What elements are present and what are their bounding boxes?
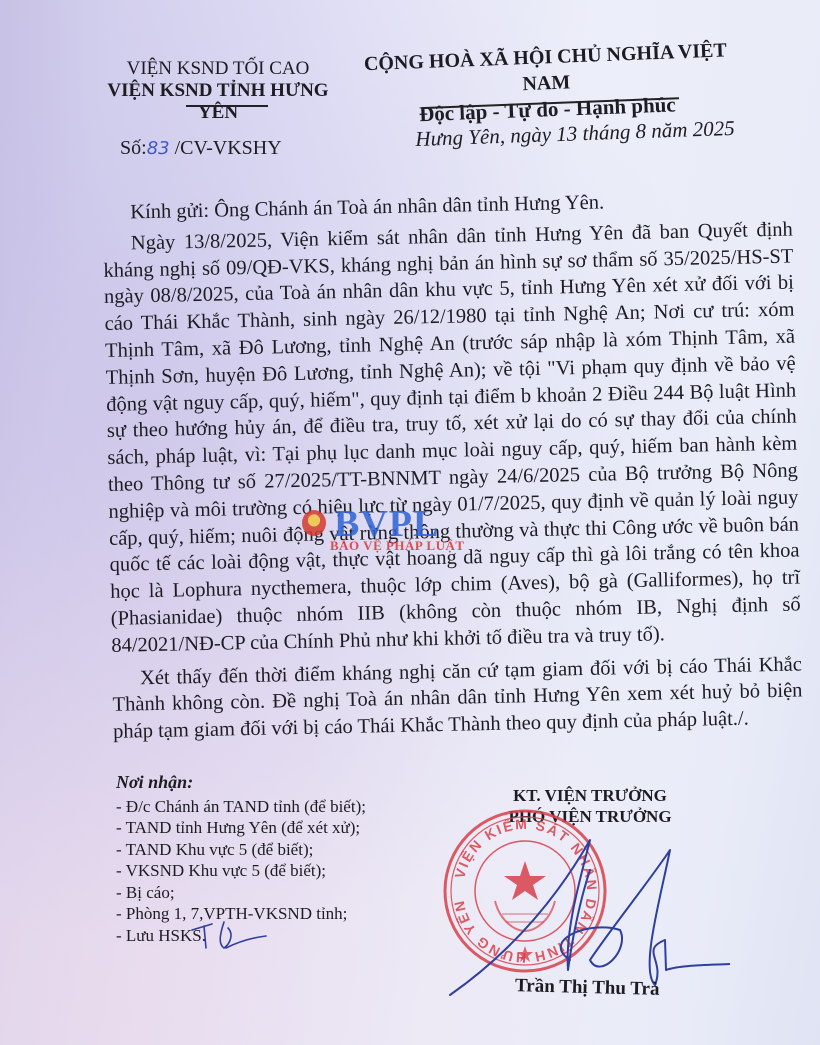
signer-name: Trần Thị Thu Trà <box>515 975 660 1001</box>
recipient-item: - TAND tỉnh Hưng Yên (để xét xử); <box>116 817 366 839</box>
recipient-item: - Đ/c Chánh án TAND tỉnh (để biết); <box>116 796 366 818</box>
on-behalf-title: KT. VIỆN TRƯỞNG <box>470 785 710 806</box>
doc-number-label: Số: <box>120 137 147 159</box>
letter-body: Kính gửi: Ông Chánh án Toà án nhân dân t… <box>102 186 803 746</box>
parent-agency: VIỆN KSND TỐI CAO <box>98 58 338 80</box>
recipient-item: - VKSND Khu vực 5 (để biết); <box>116 860 366 882</box>
doc-number-handwritten: 83 <box>147 138 170 159</box>
handwritten-signature <box>440 820 730 1000</box>
body-paragraph-2: Xét thấy đến thời điểm kháng nghị căn cứ… <box>112 651 804 746</box>
recipients-title: Nơi nhận: <box>116 772 366 794</box>
agency-underline <box>186 105 268 107</box>
doc-number-suffix: /CV-VKSHY <box>170 137 282 159</box>
initials-scribble <box>190 914 270 954</box>
recipient-item: - Bị cáo; <box>116 882 366 904</box>
issuing-agency-header: VIỆN KSND TỐI CAO VIỆN KSND TỈNH HƯNG YÊ… <box>98 58 338 124</box>
issuing-agency: VIỆN KSND TỈNH HƯNG YÊN <box>98 80 338 124</box>
document-number: Số:83 /CV-VKSHY <box>120 137 282 160</box>
body-paragraph-1: Ngày 13/8/2025, Viện kiểm sát nhân dân t… <box>103 216 802 659</box>
recipient-item: - TAND Khu vực 5 (để biết); <box>116 839 366 861</box>
national-header: CỘNG HOÀ XÃ HỘI CHỦ NGHĨA VIỆT NAM Độc l… <box>345 37 748 130</box>
